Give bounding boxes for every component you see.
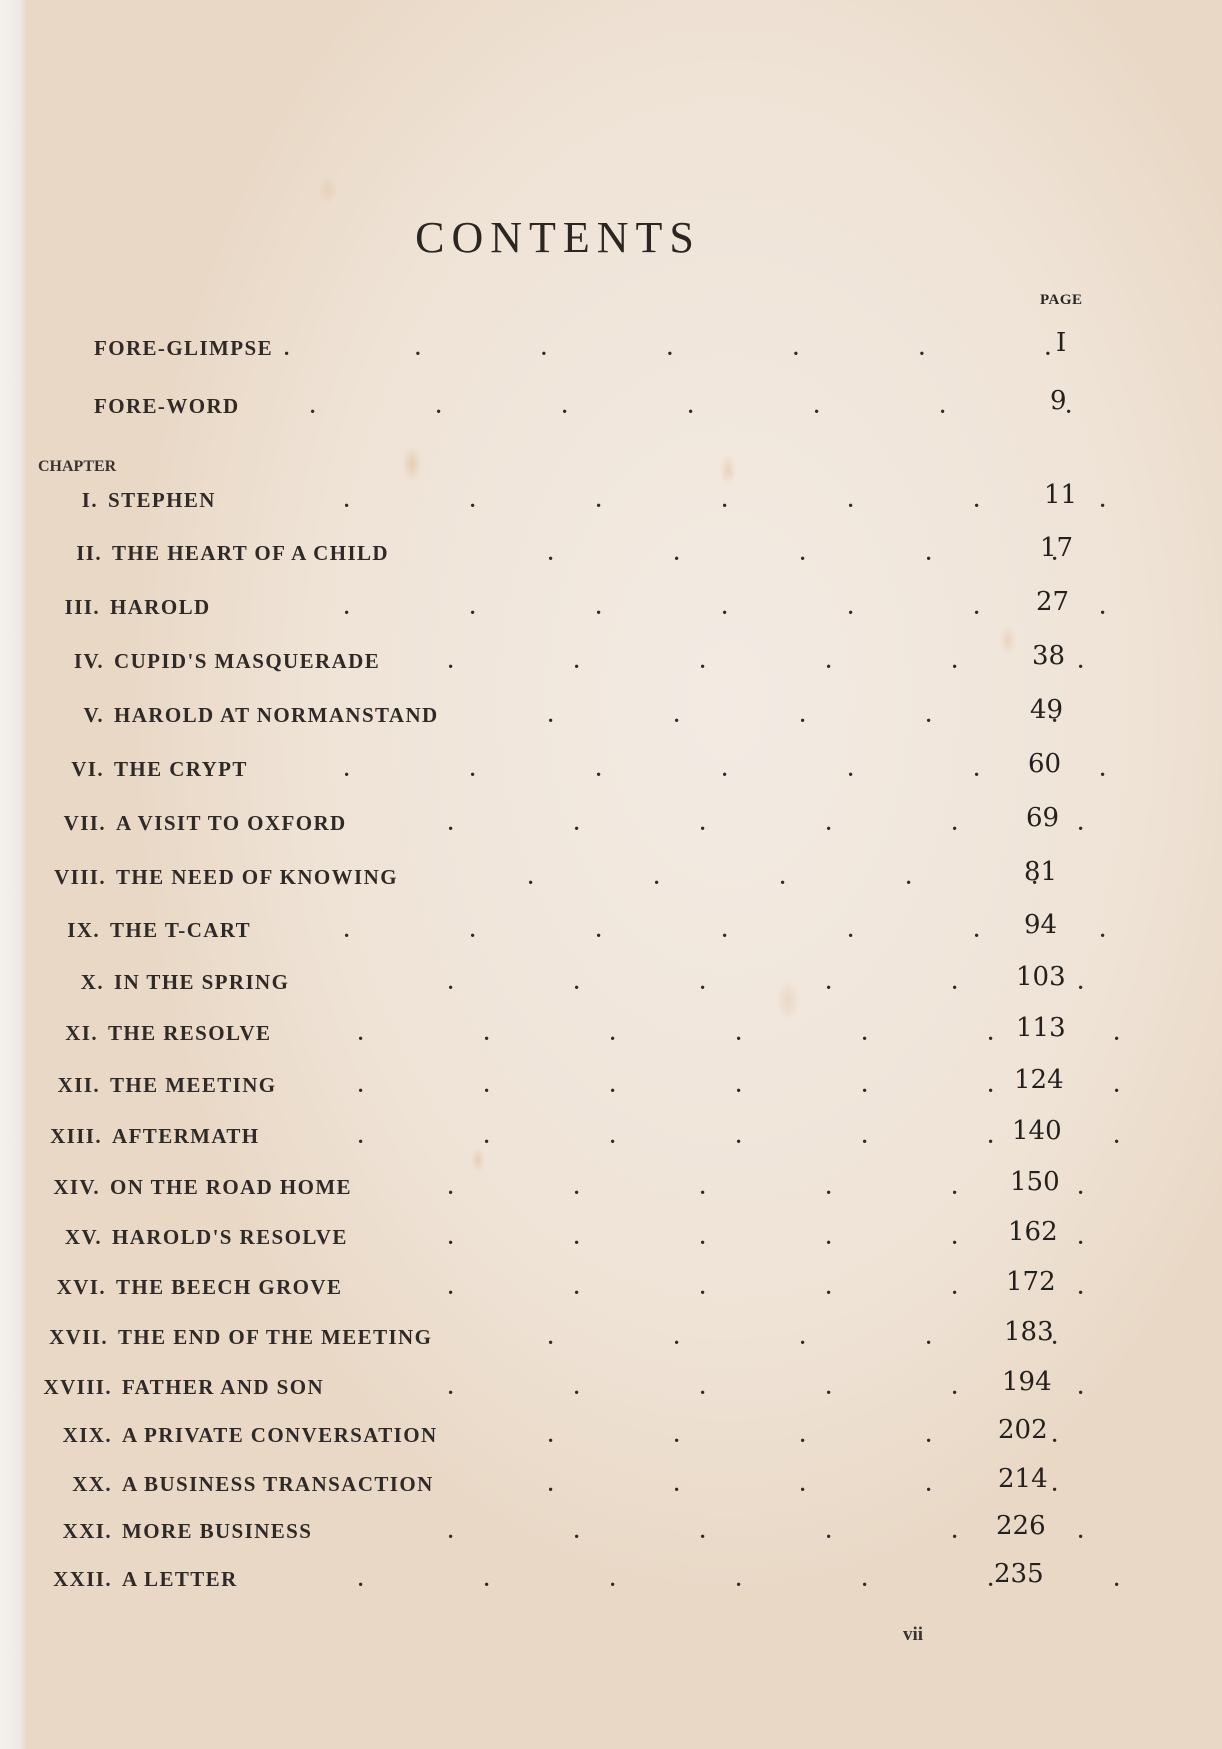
chapter-title: THE HEART OF A CHILD — [112, 541, 389, 566]
toc-chapter-entry[interactable]: XX.A BUSINESS TRANSACTION. . . . .214 — [28, 1472, 1128, 1502]
chapter-number: XXI. — [63, 1519, 112, 1544]
page-title: CONTENTS — [28, 212, 1088, 263]
chapter-page: 150 — [1010, 1167, 1060, 1197]
chapter-title: FATHER AND SON — [122, 1375, 324, 1400]
chapter-title: THE MEETING — [110, 1073, 277, 1098]
chapter-title: THE RESOLVE — [108, 1021, 271, 1046]
entry-page: I — [1056, 328, 1066, 358]
chapter-page: 214 — [998, 1464, 1048, 1494]
dot-leaders: . . . . . . . — [344, 595, 1105, 620]
page-folio: vii — [903, 1624, 923, 1646]
chapter-number: VIII. — [54, 865, 106, 890]
chapter-column-header: CHAPTER — [38, 458, 116, 476]
chapter-title: THE END OF THE MEETING — [118, 1325, 432, 1350]
chapter-number: V. — [83, 703, 104, 728]
dot-leaders: . . . . . . — [448, 811, 1083, 836]
chapter-number: XVII. — [49, 1325, 108, 1350]
dot-leaders: . . . . . — [548, 541, 1057, 566]
chapter-number: XXII. — [53, 1567, 112, 1592]
toc-chapter-entry[interactable]: II.THE HEART OF A CHILD. . . . .17 — [28, 541, 1128, 571]
chapter-number: IX. — [67, 918, 100, 943]
chapter-page: 49 — [1030, 695, 1063, 725]
toc-chapter-entry[interactable]: V.HAROLD AT NORMANSTAND. . . . .49 — [28, 703, 1128, 733]
toc-chapter-entry[interactable]: XXI.MORE BUSINESS. . . . . .226 — [28, 1519, 1128, 1549]
chapter-number: XIX. — [63, 1423, 112, 1448]
chapter-number: I. — [82, 488, 98, 513]
chapter-page: 103 — [1016, 962, 1066, 992]
chapter-page: 124 — [1014, 1065, 1064, 1095]
dot-leaders: . . . . . . . — [344, 488, 1105, 513]
chapter-number: VI. — [71, 757, 104, 782]
chapter-number: II. — [76, 541, 102, 566]
dot-leaders: . . . . . . — [448, 1225, 1083, 1250]
chapter-title: HAROLD — [110, 595, 211, 620]
chapter-title: AFTERMATH — [112, 1124, 260, 1149]
toc-chapter-entry[interactable]: VI.THE CRYPT. . . . . . .60 — [28, 757, 1128, 787]
chapter-title: A BUSINESS TRANSACTION — [122, 1472, 434, 1497]
dot-leaders: . . . . . . — [448, 1519, 1083, 1544]
dot-leaders: . . . . . . . — [358, 1073, 1119, 1098]
toc-chapter-entry[interactable]: XV.HAROLD'S RESOLVE. . . . . .162 — [28, 1225, 1128, 1255]
chapter-title: MORE BUSINESS — [122, 1519, 312, 1544]
chapter-title: HAROLD'S RESOLVE — [112, 1225, 348, 1250]
chapter-number: XII. — [58, 1073, 100, 1098]
toc-chapter-entry[interactable]: XVIII.FATHER AND SON. . . . . .194 — [28, 1375, 1128, 1405]
book-page: CONTENTS PAGE FORE-GLIMPSE . . . . . . .… — [28, 0, 1222, 1749]
chapter-title: THE BEECH GROVE — [116, 1275, 342, 1300]
toc-entry-fore-word[interactable]: FORE-WORD . . . . . . . 9 — [28, 394, 1128, 424]
toc-chapter-entry[interactable]: XIX.A PRIVATE CONVERSATION. . . . .202 — [28, 1423, 1128, 1453]
toc-chapter-entry[interactable]: XIV.ON THE ROAD HOME. . . . . .150 — [28, 1175, 1128, 1205]
chapter-page: 38 — [1032, 641, 1065, 671]
toc-chapter-entry[interactable]: III.HAROLD. . . . . . .27 — [28, 595, 1128, 625]
chapter-number: XVIII. — [44, 1375, 113, 1400]
chapter-title: IN THE SPRING — [114, 970, 289, 995]
chapter-number: VII. — [64, 811, 106, 836]
toc-chapter-entry[interactable]: X.IN THE SPRING. . . . . .103 — [28, 970, 1128, 1000]
dot-leaders: . . . . . . — [448, 1375, 1083, 1400]
chapter-page: 162 — [1008, 1217, 1058, 1247]
dot-leaders: . . . . . . . — [358, 1021, 1119, 1046]
chapter-page: 17 — [1040, 533, 1073, 563]
toc-chapter-entry[interactable]: XIII.AFTERMATH. . . . . . .140 — [28, 1124, 1128, 1154]
chapter-number: XIII. — [50, 1124, 102, 1149]
chapter-title: A VISIT TO OXFORD — [116, 811, 347, 836]
entry-title: FORE-WORD — [94, 394, 240, 419]
toc-chapter-entry[interactable]: IX.THE T-CART. . . . . . .94 — [28, 918, 1128, 948]
toc-chapter-entry[interactable]: VII.A VISIT TO OXFORD. . . . . .69 — [28, 811, 1128, 841]
chapter-page: 11 — [1044, 480, 1077, 510]
chapter-page: 81 — [1024, 857, 1057, 887]
dot-leaders: . . . . . — [548, 1472, 1057, 1497]
chapter-number: XX. — [72, 1472, 112, 1497]
chapter-page: 183 — [1004, 1317, 1054, 1347]
chapter-number: XVI. — [57, 1275, 106, 1300]
chapter-title: A PRIVATE CONVERSATION — [122, 1423, 438, 1448]
chapter-title: THE T-CART — [110, 918, 251, 943]
chapter-title: ON THE ROAD HOME — [110, 1175, 352, 1200]
entry-page: 9 — [1050, 386, 1067, 416]
toc-chapter-entry[interactable]: XI.THE RESOLVE. . . . . . .113 — [28, 1021, 1128, 1051]
chapter-page: 226 — [996, 1511, 1046, 1541]
chapter-number: III. — [65, 595, 100, 620]
chapter-title: HAROLD AT NORMANSTAND — [114, 703, 439, 728]
dot-leaders: . . . . . . — [448, 1175, 1083, 1200]
toc-entry-fore-glimpse[interactable]: FORE-GLIMPSE . . . . . . . I — [28, 336, 1128, 366]
chapter-title: A LETTER — [122, 1567, 238, 1592]
chapter-number: XIV. — [53, 1175, 100, 1200]
chapter-page: 194 — [1002, 1367, 1052, 1397]
toc-chapter-entry[interactable]: XVI.THE BEECH GROVE. . . . . .172 — [28, 1275, 1128, 1305]
chapter-number: IV. — [74, 649, 104, 674]
dot-leaders: . . . . . . . — [358, 1124, 1119, 1149]
chapter-title: THE CRYPT — [114, 757, 248, 782]
dot-leaders: . . . . . . . — [284, 336, 1051, 361]
chapter-page: 172 — [1006, 1267, 1056, 1297]
chapter-number: XV. — [65, 1225, 102, 1250]
dot-leaders: . . . . . . . — [344, 918, 1105, 943]
dot-leaders: . . . . . — [548, 703, 1057, 728]
toc-chapter-entry[interactable]: XXII.A LETTER. . . . . . .235 — [28, 1567, 1128, 1597]
dot-leaders: . . . . . . — [448, 1275, 1083, 1300]
dot-leaders: . . . . . — [548, 1423, 1057, 1448]
chapter-page: 140 — [1012, 1116, 1062, 1146]
chapter-number: X. — [81, 970, 104, 995]
chapter-page: 235 — [994, 1559, 1044, 1589]
chapter-page: 60 — [1028, 749, 1061, 779]
chapter-title: CUPID'S MASQUERADE — [114, 649, 380, 674]
toc-chapter-entry[interactable]: IV.CUPID'S MASQUERADE. . . . . .38 — [28, 649, 1128, 679]
toc-chapter-entry[interactable]: XII.THE MEETING. . . . . . .124 — [28, 1073, 1128, 1103]
dot-leaders: . . . . . . — [448, 649, 1083, 674]
chapter-page: 202 — [998, 1415, 1048, 1445]
chapter-page: 27 — [1036, 587, 1069, 617]
page-column-header: PAGE — [1040, 292, 1083, 309]
chapter-page: 69 — [1026, 803, 1059, 833]
chapter-page: 113 — [1016, 1013, 1066, 1043]
chapter-page: 94 — [1024, 910, 1057, 940]
toc-chapter-entry[interactable]: I.STEPHEN. . . . . . .11 — [28, 488, 1128, 518]
page-edge — [0, 0, 28, 1749]
dot-leaders: . . . . . — [548, 1325, 1057, 1350]
dot-leaders: . . . . . . . — [344, 757, 1105, 782]
dot-leaders: . . . . . . . — [310, 394, 1071, 419]
chapter-title: THE NEED OF KNOWING — [116, 865, 398, 890]
dot-leaders: . . . . . — [528, 865, 1037, 890]
chapter-title: STEPHEN — [108, 488, 216, 513]
entry-title: FORE-GLIMPSE — [94, 336, 273, 361]
chapter-number: XI. — [65, 1021, 98, 1046]
toc-chapter-entry[interactable]: XVII.THE END OF THE MEETING. . . . .183 — [28, 1325, 1128, 1355]
dot-leaders: . . . . . . — [448, 970, 1083, 995]
toc-chapter-entry[interactable]: VIII.THE NEED OF KNOWING. . . . .81 — [28, 865, 1128, 895]
